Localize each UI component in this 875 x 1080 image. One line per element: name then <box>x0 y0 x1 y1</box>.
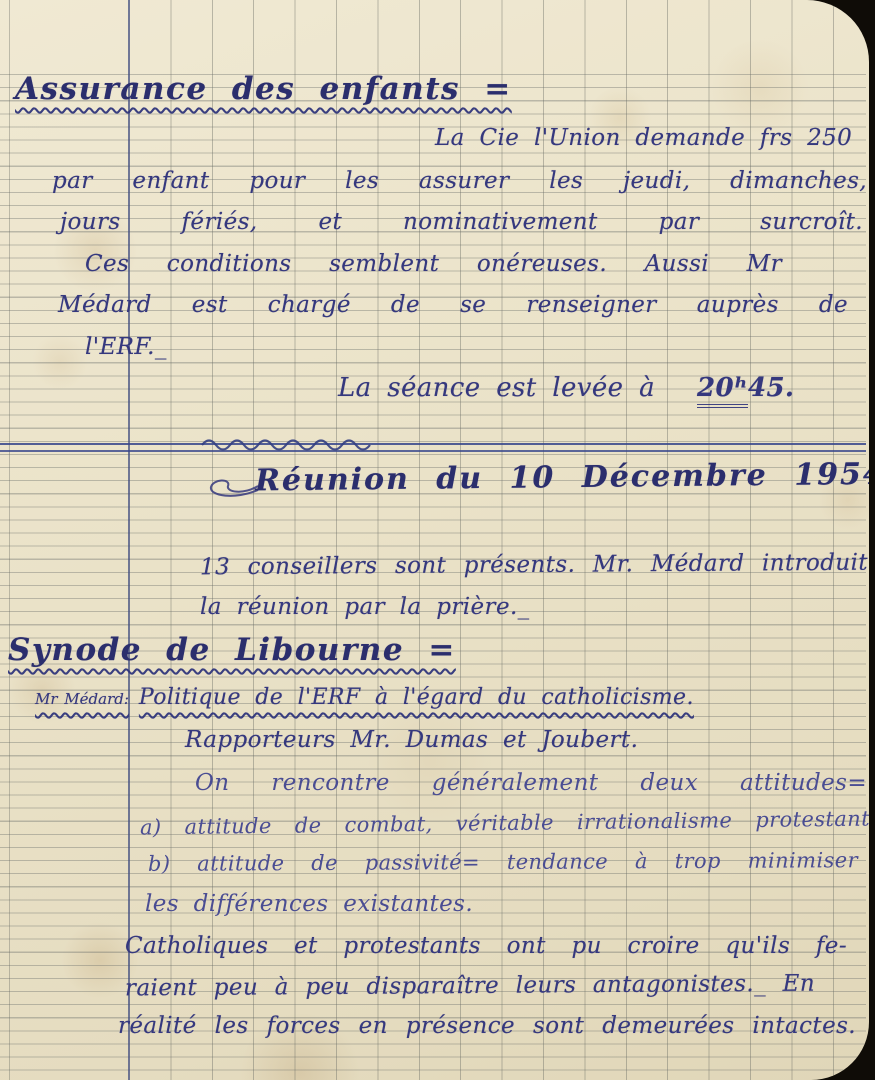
section-heading-reunion: Réunion du 10 Décembre 1954. <box>255 456 869 500</box>
handwriting-line: l'ERF._ <box>85 333 167 362</box>
handwriting-line: b) attitude de passivité= tendance à tro… <box>148 847 858 877</box>
handwriting-line: par enfant pour les assurer les jeudi, d… <box>52 167 867 196</box>
handwriting-line: Rapporteurs Mr. Dumas et Joubert. <box>185 726 638 755</box>
divider-scribble <box>200 436 380 454</box>
section-heading-synode: Synode de Libourne = <box>8 631 456 670</box>
section-heading-assurance: Assurance des enfants = <box>15 70 512 109</box>
entry-divider-rule <box>0 443 866 452</box>
closing-time-hours: 20ʰ <box>697 373 748 408</box>
notebook-page: Assurance des enfants = La Cie l'Union d… <box>0 0 869 1080</box>
handwriting-line: Catholiques et protestants ont pu croire… <box>125 932 847 961</box>
heading-flourish <box>205 468 260 502</box>
margin-rule <box>128 0 130 1080</box>
topic-author: Mr Médard: <box>35 690 129 708</box>
closing-text: La séance est levée à <box>338 373 655 403</box>
closing-time: 20ʰ45. <box>697 373 794 403</box>
handwriting-line: 13 conseillers sont présents. Mr. Médard… <box>200 549 868 582</box>
handwriting-line: réalité les forces en présence sont deme… <box>118 1012 856 1041</box>
handwriting-line: raient peu à peu disparaître leurs antag… <box>125 970 815 1004</box>
handwriting-line: les différences existantes. <box>145 890 473 919</box>
handwriting-line: On rencontre généralement deux attitudes… <box>195 769 867 798</box>
handwriting-line: La Cie l'Union demande frs 250 <box>435 124 863 153</box>
topic-line: Mr Médard:Politique de l'ERF à l'égard d… <box>35 683 863 712</box>
session-closing-line: La séance est levée à20ʰ45. <box>338 372 794 405</box>
handwriting-line: Ces conditions semblent onéreuses. Aussi… <box>85 250 782 279</box>
handwriting-line: Médard est chargé de se renseigner auprè… <box>58 291 848 320</box>
left-edge-rule <box>9 0 10 1080</box>
handwriting-line: jours fériés, et nominativement par surc… <box>60 208 863 237</box>
handwriting-line: la réunion par la prière._ <box>200 593 530 622</box>
topic-title: Politique de l'ERF à l'égard du catholic… <box>139 685 694 710</box>
closing-time-minutes: 45. <box>748 373 794 403</box>
